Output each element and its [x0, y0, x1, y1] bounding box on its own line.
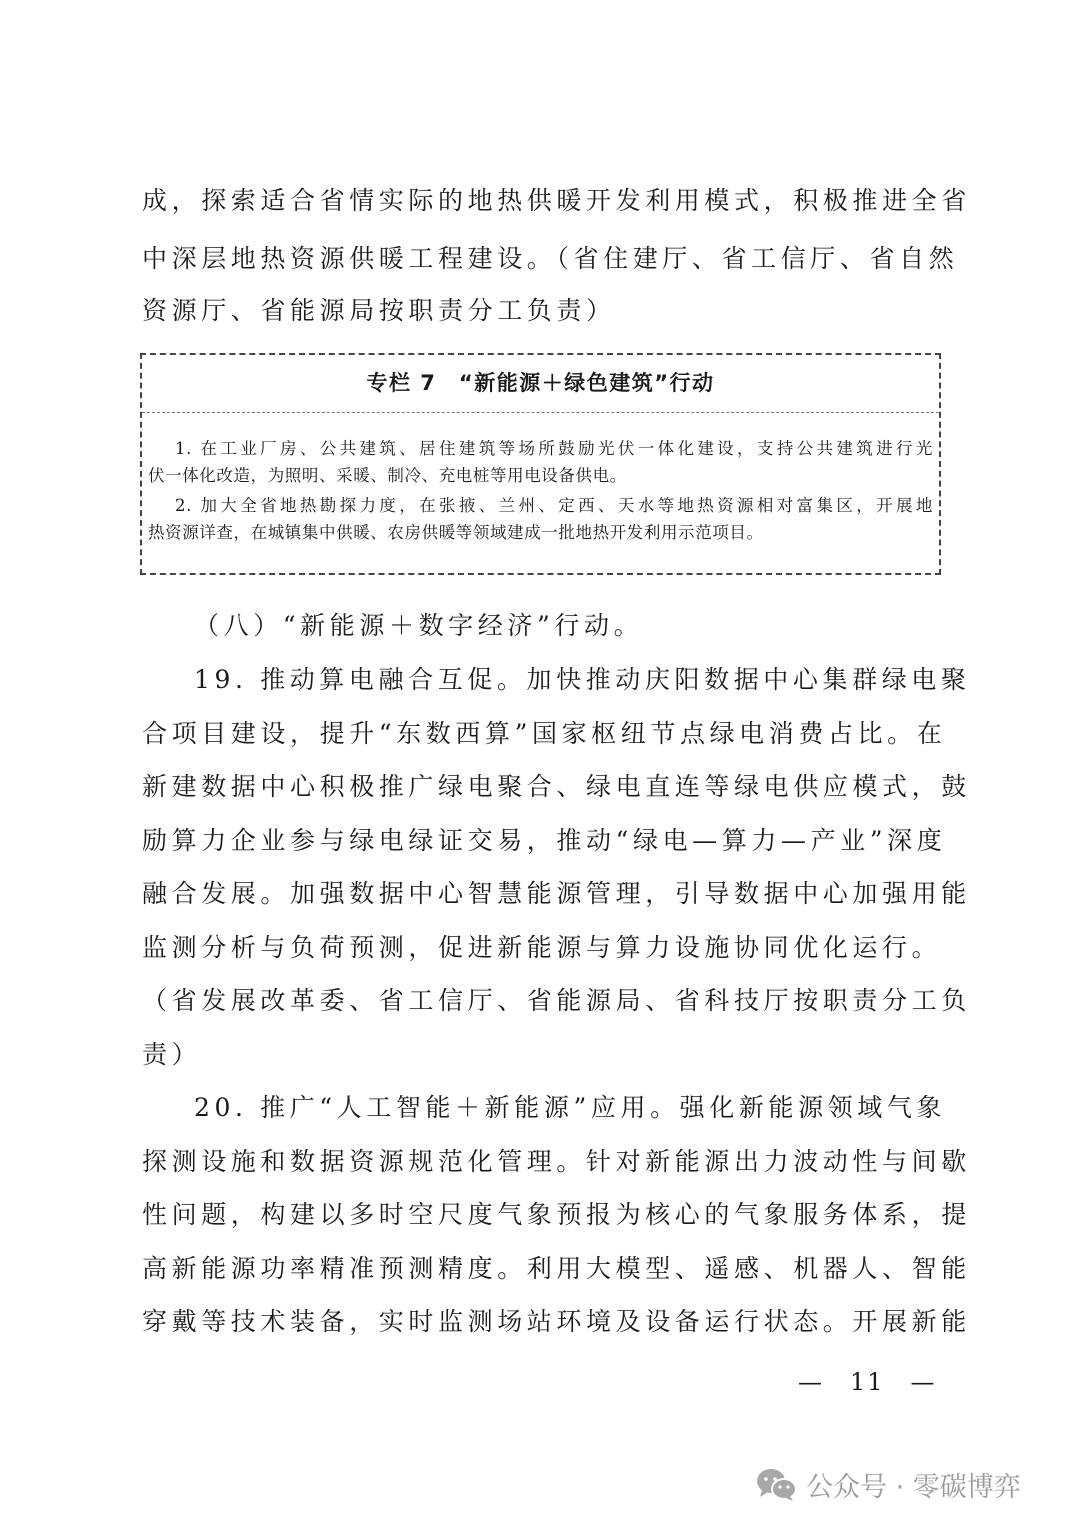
column-box-line: 2. 加大全省地热勘探力度，在张掖、兰州、定西、天水等地热资源相对富集区，开展地: [175, 495, 933, 517]
body-text-line: 性问题，构建以多时空尺度气象预报为核心的气象服务体系，提: [142, 1200, 940, 1230]
body-text-line: 中深层地热资源供暖工程建设。（省住建厅、省工信厅、省自然: [142, 244, 940, 274]
body-text-line: 19. 推动算电融合互促。加快推动庆阳数据中心集群绿电聚: [194, 665, 940, 695]
body-text-line: 成，探索适合省情实际的地热供暖开发利用模式，积极推进全省: [142, 186, 940, 216]
watermark: 公众号 · 零碳博弈: [756, 1465, 1021, 1504]
body-text-line: 高新能源功率精准预测精度。利用大模型、遥感、机器人、智能: [142, 1254, 940, 1284]
watermark-text: 公众号 · 零碳博弈: [806, 1465, 1021, 1504]
column-box-7: 专栏 7 “新能源＋绿色建筑”行动 1. 在工业厂房、公共建筑、居住建筑等场所鼓…: [140, 353, 941, 575]
body-text-line: 责）: [142, 1040, 940, 1070]
column-box-line: 1. 在工业厂房、公共建筑、居住建筑等场所鼓励光伏一体化建设，支持公共建筑进行光: [175, 438, 933, 460]
body-text-line: 资源厅、省能源局按职责分工负责）: [142, 296, 940, 326]
body-text-line: 探测设施和数据资源规范化管理。针对新能源出力波动性与间歇: [142, 1147, 940, 1177]
body-text-line: 励算力企业参与绿电绿证交易，推动“绿电—算力—产业”深度: [142, 826, 940, 856]
body-text-line: 穿戴等技术装备，实时监测场站环境及设备运行状态。开展新能: [142, 1307, 940, 1337]
body-text-line: 监测分析与负荷预测，促进新能源与算力设施协同优化运行。: [142, 933, 940, 963]
body-text-line: 合项目建设，提升“东数西算”国家枢纽节点绿电消费占比。在: [142, 719, 940, 749]
column-box-divider: [142, 412, 939, 413]
section-heading: （八）“新能源＋数字经济”行动。: [194, 611, 940, 641]
page-number: — 11 —: [798, 1362, 937, 1397]
column-box-title: 专栏 7 “新能源＋绿色建筑”行动: [142, 355, 939, 412]
body-text-line: 20. 推广“人工智能＋新能源”应用。强化新能源领域气象: [194, 1093, 940, 1123]
column-box-line: 伏一体化改造，为照明、采暖、制冷、充电桩等用电设备供电。: [148, 465, 933, 487]
body-text-line: 融合发展。加强数据中心智慧能源管理，引导数据中心加强用能: [142, 879, 940, 909]
wechat-icon: [756, 1468, 798, 1502]
body-text-line: （省发展改革委、省工信厅、省能源局、省科技厅按职责分工负: [142, 986, 940, 1016]
body-text-line: 新建数据中心积极推广绿电聚合、绿电直连等绿电供应模式，鼓: [142, 772, 940, 802]
column-box-line: 热资源详查，在城镇集中供暖、农房供暖等领域建成一批地热开发利用示范项目。: [148, 522, 933, 544]
